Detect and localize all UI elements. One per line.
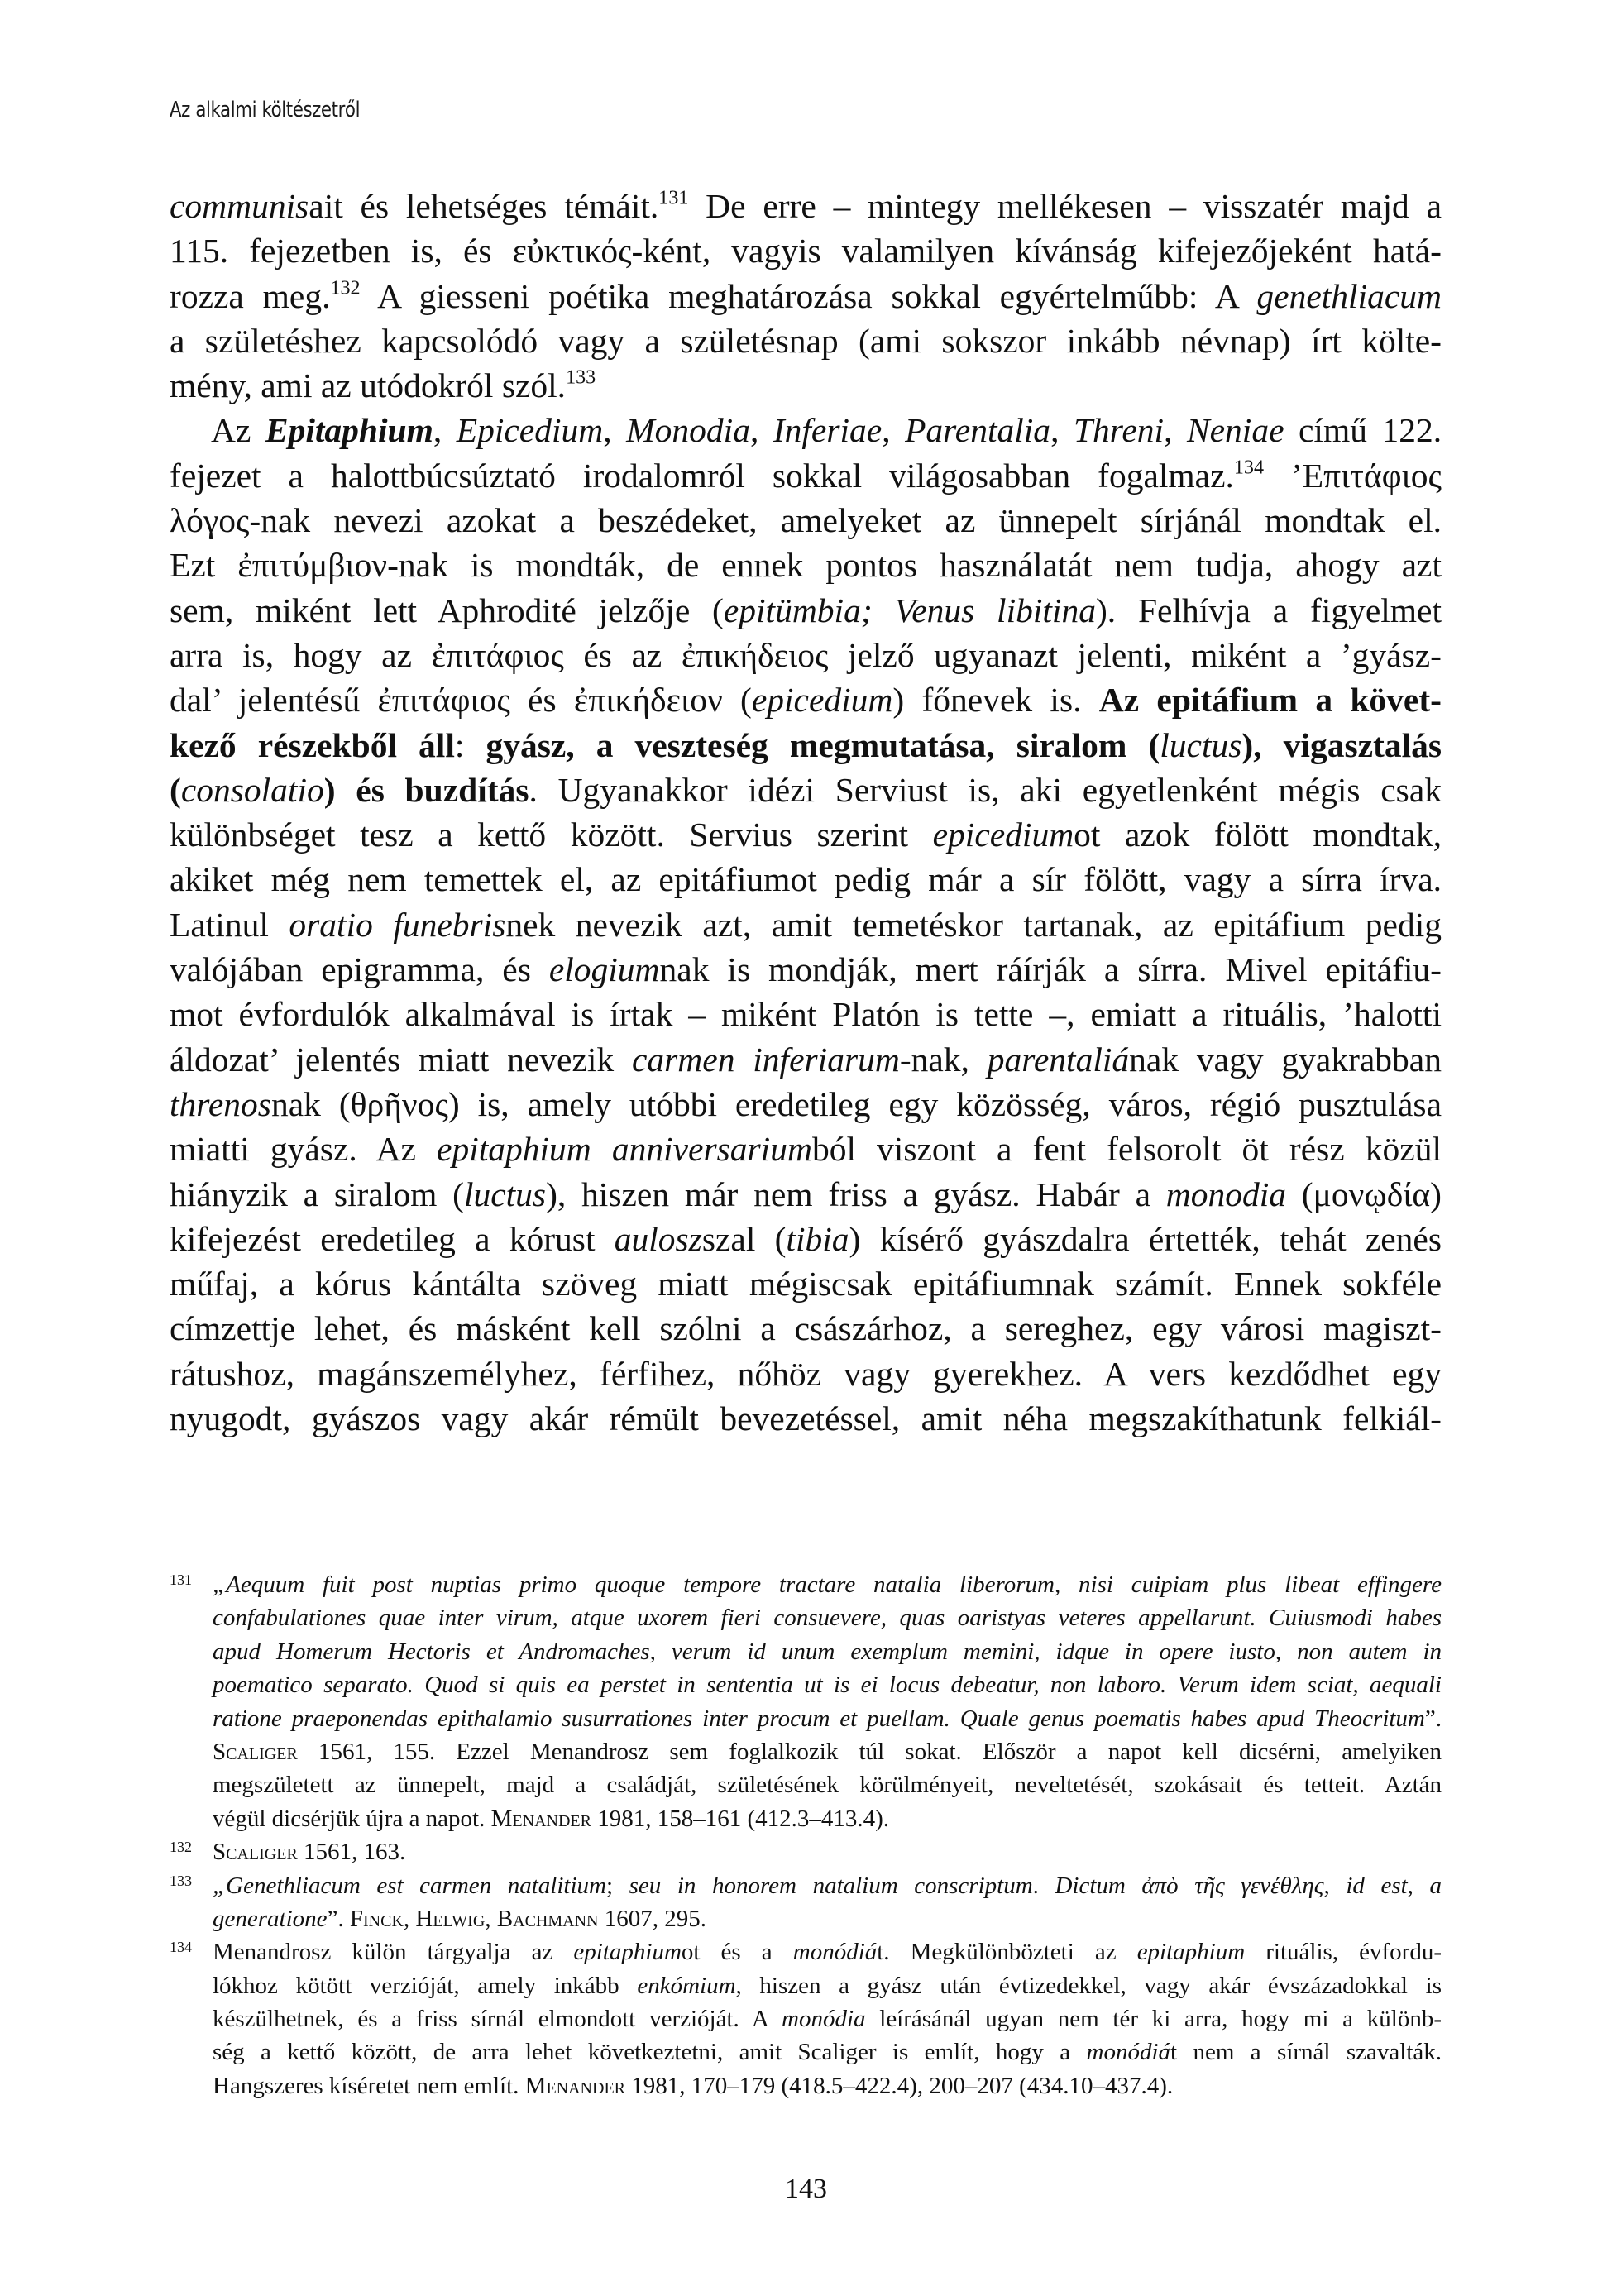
text-run: ség a kettő között, de arra lehet követk… xyxy=(213,2039,1087,2065)
text-run: aulosz xyxy=(615,1220,702,1258)
text-line: (consolatio) és buzdítás. Ugyanakkor idé… xyxy=(170,768,1442,812)
text-run: Helwig xyxy=(415,1906,485,1932)
footnote-134: 134Menandrosz külön tárgyalja az epitaph… xyxy=(170,1935,1442,2102)
text-run: ) kísérő gyászdalra értették, tehát zené… xyxy=(849,1220,1442,1258)
text-run: Neniae xyxy=(1187,411,1284,449)
text-run: ). Felhívja a figyelmet xyxy=(1096,591,1442,629)
text-run: -nak, xyxy=(900,1040,988,1079)
text-line: „Genethliacum est carmen natalitium; seu… xyxy=(213,1869,1442,1902)
text-run: poematico separato. Quod si quis ea pers… xyxy=(213,1672,1442,1698)
text-run: Scaliger xyxy=(213,1839,298,1865)
text-run: című 122. xyxy=(1284,411,1442,449)
text-run: generatione xyxy=(213,1906,328,1932)
text-line: mény, ami az utódokról szól.133 xyxy=(170,363,1442,408)
text-run: , xyxy=(882,411,905,449)
text-run: . Ugyanakkor idézi Serviust is, aki egye… xyxy=(529,771,1442,809)
text-run: fejezet a halottbúcsúztató irodalomról s… xyxy=(170,457,1234,495)
text-line: nyugodt, gyászos vagy akár rémült beveze… xyxy=(170,1396,1442,1441)
footnote-number: 132 xyxy=(170,1835,192,1858)
text-run: megszületett az ünnepelt, majd a családj… xyxy=(213,1772,1442,1798)
text-run: Az epitáfium a követ- xyxy=(1099,681,1442,719)
text-run: Bachmann xyxy=(497,1906,599,1932)
text-run: Latinul xyxy=(170,906,289,944)
text-line: confabulationes quae inter virum, atque … xyxy=(213,1601,1442,1634)
text-run: id est xyxy=(1346,1873,1407,1899)
text-run: ratione praeponendas epithalamio susurra… xyxy=(213,1705,1425,1732)
text-run: A giesseni poétika meghatározása sokkal … xyxy=(361,277,1257,315)
text-line: rátushoz, magánszemélyhez, férfihez, nőh… xyxy=(170,1351,1442,1396)
text-run: különbséget tesz a kettő között. Servius… xyxy=(170,816,933,854)
text-run: De erre – mintegy mellékesen – visszatér… xyxy=(688,187,1442,225)
footnote-133: 133„Genethliacum est carmen natalitium; … xyxy=(170,1869,1442,1936)
text-line: Latinul oratio funebrisnek nevezik azt, … xyxy=(170,902,1442,947)
text-run: , xyxy=(1164,411,1187,449)
footnote-132: 132Scaliger 1561, 163. xyxy=(170,1835,1442,1868)
text-run: seu in honorem natalium conscriptum xyxy=(629,1873,1033,1899)
text-line: communisait és lehetséges témáit.131 De … xyxy=(170,184,1442,228)
text-run: , hiszen a gyász után évtizedekkel, vagy… xyxy=(736,1973,1442,1999)
text-run: nak (θρῆνος) is, amely utóbbi eredetileg… xyxy=(271,1085,1442,1123)
text-run: Ezt ἐπιτύμβιον-nak is mondták, de ennek … xyxy=(170,546,1442,584)
text-run: címzettje lehet, és másként kell szólni … xyxy=(170,1309,1442,1347)
text-run: Finck xyxy=(350,1906,404,1932)
text-line: Menandrosz külön tárgyalja az epitaphium… xyxy=(213,1935,1442,1968)
text-run: a születéshez kapcsolódó vagy a születés… xyxy=(170,322,1442,360)
text-run: epitaphium xyxy=(1137,1939,1246,1965)
text-run: ), hiszen már nem friss a gyász. Habár a xyxy=(546,1175,1166,1213)
footnote-number: 134 xyxy=(170,1935,192,1959)
text-run: confabulationes quae inter virum, atque … xyxy=(213,1605,1442,1631)
text-run: rozza meg. xyxy=(170,277,330,315)
text-run: luctus xyxy=(464,1175,546,1213)
text-run: ot és a xyxy=(682,1939,793,1965)
text-run: kifejezést eredetileg a kórust xyxy=(170,1220,615,1258)
text-line: megszületett az ünnepelt, majd a családj… xyxy=(213,1768,1442,1801)
text-run: consolatio xyxy=(181,771,324,809)
text-run: elogium xyxy=(549,950,660,988)
text-run: ot azok fölött mondtak, xyxy=(1074,816,1442,854)
text-run: nek nevezik azt, amit temetéskor tartana… xyxy=(505,906,1442,944)
text-line: ség a kettő között, de arra lehet követk… xyxy=(213,2035,1442,2069)
text-run: monodia xyxy=(1166,1175,1286,1213)
text-line: 115. fejezetben is, és εὐκτικός-ként, va… xyxy=(170,228,1442,273)
text-run: 1981, 158–161 (412.3–413.4). xyxy=(591,1806,889,1832)
text-line: generatione”. Finck, Helwig, Bachmann 16… xyxy=(213,1902,1442,1935)
text-run: epitaphium xyxy=(573,1939,682,1965)
text-run: , xyxy=(1408,1873,1430,1899)
text-run: ; xyxy=(606,1873,629,1899)
text-run: ( xyxy=(170,771,181,809)
text-run: „Genethliacum est carmen natalitium xyxy=(213,1873,606,1899)
text-run: monódiá xyxy=(793,1939,878,1965)
text-run: monódia xyxy=(782,2006,866,2032)
text-run: szal ( xyxy=(702,1220,787,1258)
text-line: címzettje lehet, és másként kell szólni … xyxy=(170,1306,1442,1351)
text-run: áldozat’ jelentés miatt nevezik xyxy=(170,1040,632,1079)
text-line: áldozat’ jelentés miatt nevezik carmen i… xyxy=(170,1037,1442,1082)
text-run: nak vagy gyakrabban xyxy=(1129,1040,1442,1079)
text-line: akiket még nem temettek el, az epitáfium… xyxy=(170,857,1442,902)
text-run: Menander xyxy=(491,1806,591,1832)
text-line: kező részekből áll: gyász, a veszteség m… xyxy=(170,723,1442,768)
text-run: műfaj, a kórus kántálta szöveg miatt még… xyxy=(170,1265,1442,1303)
text-line: különbséget tesz a kettő között. Servius… xyxy=(170,812,1442,857)
text-run: Epitaphium xyxy=(265,411,433,449)
text-line: lókhoz kötött verzióját, amely inkább en… xyxy=(213,1969,1442,2002)
text-run: dal’ jelentésű ἐπιτάφιος és ἐπικήδειον ( xyxy=(170,681,752,719)
text-run: parentaliá xyxy=(988,1040,1129,1079)
text-run: t. Megkülönbözteti az xyxy=(877,1939,1136,1965)
body-text: communisait és lehetséges témáit.131 De … xyxy=(170,184,1442,1441)
text-run: communis xyxy=(170,187,309,225)
text-run: enkómium xyxy=(637,1973,735,1999)
text-run: valójában epigramma, és xyxy=(170,950,549,988)
text-line: dal’ jelentésű ἐπιτάφιος és ἐπικήδειον (… xyxy=(170,677,1442,722)
text-run: 1981, 170–179 (418.5–422.4), 200–207 (43… xyxy=(625,2073,1173,2099)
text-run: apud Homerum Hectoris et Andromaches, ve… xyxy=(213,1638,1442,1665)
text-line: Scaliger 1561, 163. xyxy=(213,1835,1442,1868)
text-run: ból viszont a fent felsorolt öt rész köz… xyxy=(812,1130,1442,1168)
footnote-reference[interactable]: 133 xyxy=(566,367,596,389)
footnote-reference[interactable]: 132 xyxy=(330,277,360,299)
text-run: ”. xyxy=(328,1906,350,1932)
text-run: Threni xyxy=(1074,411,1164,449)
text-line: végül dicsérjük újra a napot. Menander 1… xyxy=(213,1802,1442,1835)
text-run: Monodia xyxy=(626,411,750,449)
text-run: Inferiae xyxy=(773,411,882,449)
text-line: fejezet a halottbúcsúztató irodalomról s… xyxy=(170,453,1442,498)
text-run: Epicedium xyxy=(457,411,603,449)
text-run: miatti gyász. Az xyxy=(170,1130,437,1168)
footnote-131: 131„Aequum fuit post nuptias primo quoqu… xyxy=(170,1568,1442,1835)
text-run: mot évfordulók alkalmával is írtak – mik… xyxy=(170,995,1442,1033)
text-line: arra is, hogy az ἐπιτάφιος és az ἐπικήδε… xyxy=(170,633,1442,677)
text-run: epitaphium anniversarium xyxy=(437,1130,812,1168)
text-line: ratione praeponendas epithalamio susurra… xyxy=(213,1702,1442,1735)
text-run: λόγος-nak nevezi azokat a beszédeket, am… xyxy=(170,501,1442,539)
text-line: Scaliger 1561, 155. Ezzel Menandrosz sem… xyxy=(213,1735,1442,1768)
text-run: Menandrosz külön tárgyalja az xyxy=(213,1939,573,1965)
text-run: epitümbia; Venus libitina xyxy=(724,591,1096,629)
text-run: , xyxy=(485,1906,497,1932)
text-run: . xyxy=(1033,1873,1055,1899)
text-run: Hangszeres kíséretet nem említ. xyxy=(213,2073,525,2099)
text-run: végül dicsérjük újra a napot. xyxy=(213,1806,491,1832)
text-line: threnosnak (θρῆνος) is, amely utóbbi ere… xyxy=(170,1082,1442,1126)
text-run: nyugodt, gyászos vagy akár rémült beveze… xyxy=(170,1399,1442,1437)
page-number: 143 xyxy=(0,2174,1612,2205)
text-line: kifejezést eredetileg a kórust auloszsza… xyxy=(170,1217,1442,1261)
text-line: „Aequum fuit post nuptias primo quoque t… xyxy=(213,1568,1442,1601)
text-run: , xyxy=(433,411,457,449)
text-run: Scaliger xyxy=(213,1739,298,1765)
text-run: sem, miként lett Aphrodité jelzője ( xyxy=(170,591,724,629)
text-line: valójában epigramma, és elogiumnak is mo… xyxy=(170,947,1442,992)
text-run: ait és lehetséges témáit. xyxy=(309,187,658,225)
text-run: készülhetnek, és a friss sírnál elmondot… xyxy=(213,2006,782,2032)
text-run: rátushoz, magánszemélyhez, férfihez, nőh… xyxy=(170,1355,1442,1393)
text-run: epicedium xyxy=(933,816,1074,854)
text-line: apud Homerum Hectoris et Andromaches, ve… xyxy=(213,1635,1442,1668)
text-run: tibia xyxy=(786,1220,849,1258)
text-run: , xyxy=(1050,411,1074,449)
text-run: Menander xyxy=(525,2073,625,2099)
text-run: kező részekből áll xyxy=(170,726,455,764)
text-run: a xyxy=(1430,1873,1442,1899)
text-line: rozza meg.132 A giesseni poétika meghatá… xyxy=(170,274,1442,318)
text-run: epicedium xyxy=(752,681,893,719)
text-line: mot évfordulók alkalmával is írtak – mik… xyxy=(170,992,1442,1036)
text-run: , xyxy=(404,1906,416,1932)
text-run: threnos xyxy=(170,1085,271,1123)
text-run: „Aequum fuit post nuptias primo quoque t… xyxy=(213,1571,1442,1598)
text-line: készülhetnek, és a friss sírnál elmondot… xyxy=(213,2002,1442,2035)
text-run: genethliacum xyxy=(1256,277,1442,315)
text-run: arra is, hogy az ἐπιτάφιος és az ἐπικήδε… xyxy=(170,636,1442,674)
text-run: ’Επιτάφιος xyxy=(1264,457,1442,495)
text-run: carmen inferiarum xyxy=(632,1040,900,1079)
footnote-number: 131 xyxy=(170,1568,192,1591)
text-run: t nem a sírnál szavalták. xyxy=(1170,2039,1442,2065)
text-run: ”. xyxy=(1425,1705,1442,1732)
text-run: 1607, 295. xyxy=(598,1906,706,1932)
text-run: ) főnevek is. xyxy=(892,681,1098,719)
text-run: Dictum ἀπὸ τῆς γενέθλης xyxy=(1055,1873,1323,1899)
text-line: Az Epitaphium, Epicedium, Monodia, Infer… xyxy=(170,408,1442,452)
text-line: sem, miként lett Aphrodité jelzője (epit… xyxy=(170,588,1442,633)
footnote-reference[interactable]: 131 xyxy=(658,188,688,209)
text-run: , xyxy=(750,411,773,449)
running-head: Az alkalmi költészetről xyxy=(170,98,360,122)
text-run: ), vigasztalás xyxy=(1241,726,1442,764)
text-run: leírásánál ugyan nem tér ki arra, hogy m… xyxy=(866,2006,1442,2032)
text-line: poematico separato. Quod si quis ea pers… xyxy=(213,1668,1442,1701)
footnote-reference[interactable]: 134 xyxy=(1234,457,1264,478)
text-run: gyász, a veszteség megmutatása, siralom … xyxy=(486,726,1160,764)
text-run: oratio funebris xyxy=(289,906,505,944)
text-run: , xyxy=(1323,1873,1346,1899)
text-run: 1561, 155. Ezzel Menandrosz sem foglalko… xyxy=(298,1739,1442,1765)
text-run: monódiá xyxy=(1087,2039,1171,2065)
text-run: ) és buzdítás xyxy=(324,771,529,809)
text-line: Hangszeres kíséretet nem említ. Menander… xyxy=(213,2069,1442,2102)
footnotes: 131„Aequum fuit post nuptias primo quoqu… xyxy=(170,1568,1442,2102)
text-run: , xyxy=(603,411,626,449)
text-run: luctus xyxy=(1160,726,1241,764)
text-run: Az xyxy=(211,411,265,449)
text-line: Ezt ἐπιτύμβιον-nak is mondták, de ennek … xyxy=(170,543,1442,587)
text-run: mény, ami az utódokról szól. xyxy=(170,366,566,404)
text-run: akiket még nem temettek el, az epitáfium… xyxy=(170,860,1442,898)
text-line: a születéshez kapcsolódó vagy a születés… xyxy=(170,318,1442,363)
text-run: 1561, 163. xyxy=(298,1839,406,1865)
text-run: (μονῳδία) xyxy=(1286,1175,1442,1213)
text-run: nak is mondják, mert ráírják a sírra. Mi… xyxy=(660,950,1442,988)
text-run: 115. fejezetben is, és εὐκτικός-ként, va… xyxy=(170,232,1442,270)
text-line: műfaj, a kórus kántálta szöveg miatt még… xyxy=(170,1261,1442,1306)
text-run: lókhoz kötött verzióját, amely inkább xyxy=(213,1973,637,1999)
text-line: hiányzik a siralom (luctus), hiszen már … xyxy=(170,1172,1442,1217)
text-line: λόγος-nak nevezi azokat a beszédeket, am… xyxy=(170,498,1442,543)
footnote-number: 133 xyxy=(170,1869,192,1892)
text-line: miatti gyász. Az epitaphium anniversariu… xyxy=(170,1126,1442,1171)
text-run: hiányzik a siralom ( xyxy=(170,1175,464,1213)
text-run: Parentalia xyxy=(905,411,1050,449)
text-run: : xyxy=(455,726,486,764)
text-run: rituális, évfordu- xyxy=(1245,1939,1442,1965)
